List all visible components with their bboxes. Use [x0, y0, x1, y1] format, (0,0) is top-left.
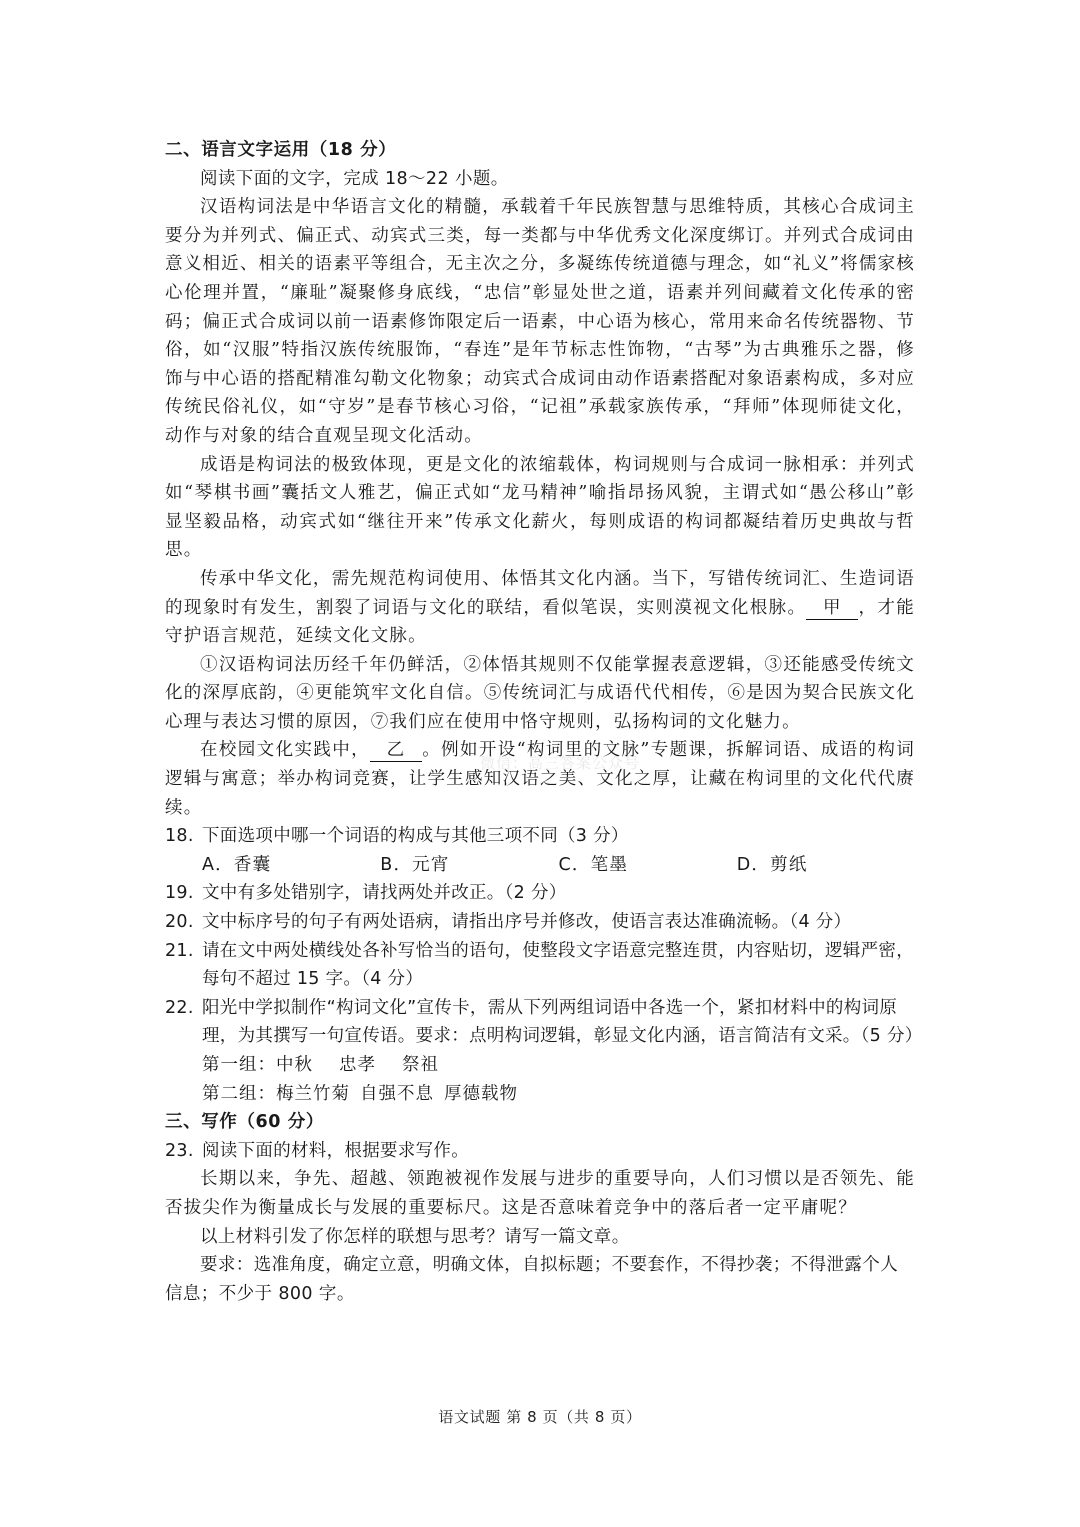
option-d: D．剪纸 — [737, 851, 915, 880]
question-text: 阅读下面的材料，根据要求写作。 — [202, 1137, 915, 1166]
question-text: 下面选项中哪一个词语的构成与其他三项不同（3 分） — [202, 822, 915, 851]
group-label: 第二组： — [202, 1084, 276, 1104]
question-text: 阳光中学拟制作“构词文化”宣传卡，需从下列两组词语中各选一个，紧扣材料中的构词原… — [202, 994, 915, 1051]
exam-page: 二、语言文字运用（18 分） 阅读下面的文字，完成 18～22 小题。 汉语构词… — [165, 136, 915, 1308]
section-3-title: 三、写作（60 分） — [165, 1108, 915, 1137]
question-20: 20. 文中标序号的句子有两处语病，请指出序号并修改，使语言表达准确流畅。（4 … — [165, 908, 915, 937]
writing-material: 长期以来，争先、超越、领跑被视作发展与进步的重要导向，人们习惯以是否领先、能否拔… — [165, 1165, 915, 1222]
writing-requirements: 要求：选准角度，确定立意，明确文体，自拟标题；不要套作，不得抄袭；不得泄露个人信… — [165, 1251, 915, 1308]
group-word: 梅兰竹菊 — [276, 1084, 350, 1104]
question-18-options: A．香囊 B．元宵 C．笔墨 D．剪纸 — [165, 851, 915, 880]
question-number: 20. — [165, 908, 202, 937]
group-word: 中秋 — [276, 1055, 313, 1075]
group-word: 自强不息 — [360, 1084, 434, 1104]
passage-paragraph-3: 传承中华文化，需先规范构词使用、体悟其文化内涵。当下，写错传统词汇、生造词语的现… — [165, 565, 915, 651]
p5-text-before: 在校园文化实践中， — [200, 740, 370, 760]
passage-paragraph-4: ①汉语构词法历经千年仍鲜活，②体悟其规则不仅能掌握表意逻辑，③还能感受传统文化的… — [165, 651, 915, 737]
question-text: 请在文中两处横线处各补写恰当的语句，使整段文字语意完整连贯，内容贴切，逻辑严密，… — [202, 937, 915, 994]
p3-text-before: 传承中华文化，需先规范构词使用、体悟其文化内涵。当下，写错传统词汇、生造词语的现… — [165, 569, 915, 618]
question-number: 19. — [165, 879, 202, 908]
group-word: 厚德载物 — [444, 1084, 518, 1104]
section-2-title: 二、语言文字运用（18 分） — [165, 136, 915, 165]
word-group-1: 第一组：中秋忠孝祭祖 — [165, 1051, 915, 1080]
question-21: 21. 请在文中两处横线处各补写恰当的语句，使整段文字语意完整连贯，内容贴切，逻… — [165, 937, 915, 994]
group-word: 忠孝 — [339, 1055, 376, 1075]
question-number: 23. — [165, 1137, 202, 1166]
question-text: 文中有多处错别字，请找两处并改正。（2 分） — [202, 879, 915, 908]
word-group-2: 第二组：梅兰竹菊自强不息厚德载物 — [165, 1080, 915, 1109]
question-19: 19. 文中有多处错别字，请找两处并改正。（2 分） — [165, 879, 915, 908]
writing-prompt: 以上材料引发了你怎样的联想与思考？请写一篇文章。 — [165, 1223, 915, 1252]
group-label: 第一组： — [202, 1055, 276, 1075]
passage-paragraph-2: 成语是构词法的极致体现，更是文化的浓缩载体，构词规则与合成词一脉相承：并列式如“… — [165, 451, 915, 565]
option-b: B．元宵 — [380, 851, 558, 880]
question-number: 22. — [165, 994, 202, 1051]
question-text: 文中标序号的句子有两处语病，请指出序号并修改，使语言表达准确流畅。（4 分） — [202, 908, 915, 937]
question-23: 23. 阅读下面的材料，根据要求写作。 — [165, 1137, 915, 1166]
blank-yi: 乙 — [370, 739, 422, 762]
question-number: 21. — [165, 937, 202, 994]
passage-paragraph-1: 汉语构词法是中华语言文化的精髓，承载着千年民族智慧与思维特质，其核心合成词主要分… — [165, 193, 915, 450]
question-number: 18. — [165, 822, 202, 851]
group-word: 祭祖 — [402, 1055, 439, 1075]
blank-jia: 甲 — [806, 597, 858, 620]
question-18: 18. 下面选项中哪一个词语的构成与其他三项不同（3 分） — [165, 822, 915, 851]
page-footer: 语文试题 第 8 页（共 8 页） — [0, 1406, 1080, 1427]
reading-instruction: 阅读下面的文字，完成 18～22 小题。 — [165, 165, 915, 194]
option-c: C．笔墨 — [559, 851, 737, 880]
passage-paragraph-5: 在校园文化实践中，乙。例如开设“构词里的文脉”专题课，拆解词语、成语的构词逻辑与… — [165, 736, 915, 822]
option-a: A．香囊 — [202, 851, 380, 880]
question-22: 22. 阳光中学拟制作“构词文化”宣传卡，需从下列两组词语中各选一个，紧扣材料中… — [165, 994, 915, 1051]
